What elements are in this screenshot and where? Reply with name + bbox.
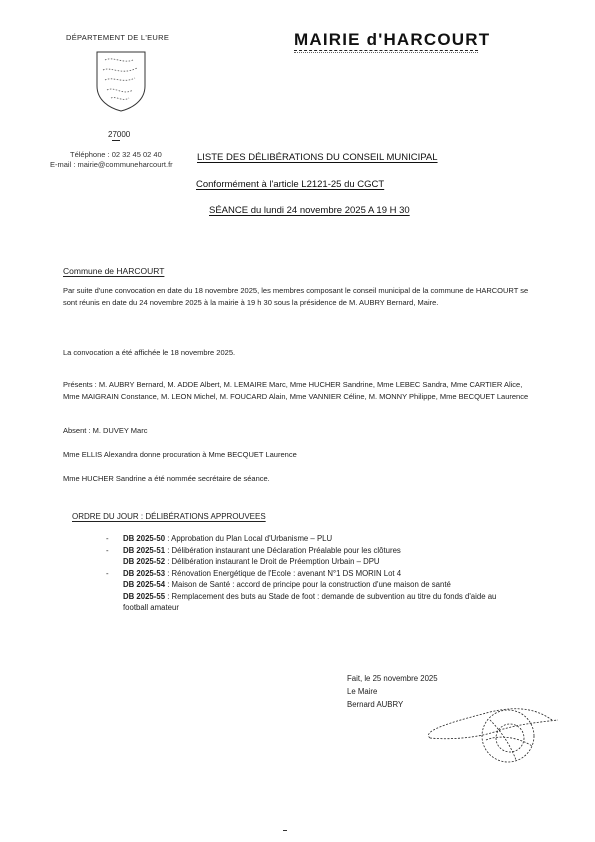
deliberation-title: : Approbation du Plan Local d'Urbanisme … bbox=[165, 534, 332, 543]
email-address: E-mail : mairie@communeharcourt.fr bbox=[50, 160, 173, 169]
deliberation-title: : Maison de Santé : accord de principe p… bbox=[165, 580, 451, 589]
title-rule-secondary bbox=[294, 52, 478, 53]
commune-heading: Commune de HARCOURT bbox=[63, 265, 164, 277]
handwritten-signature bbox=[420, 700, 560, 770]
deliberation-item: DB 2025-52 : Délibération instaurant le … bbox=[70, 556, 510, 568]
deliberation-item: -DB 2025-51 : Délibération instaurant un… bbox=[70, 545, 510, 557]
posting-notice: La convocation a été affichée le 18 nove… bbox=[63, 347, 235, 359]
agenda-heading: ORDRE DU JOUR : DÉLIBÉRATIONS APPROUVEES bbox=[72, 511, 266, 523]
deliberation-item: -DB 2025-50 : Approbation du Plan Local … bbox=[70, 533, 510, 545]
bullet-icon: - bbox=[106, 545, 109, 557]
deliberation-list: -DB 2025-50 : Approbation du Plan Local … bbox=[70, 533, 510, 614]
document-title: LISTE DES DÉLIBÉRATIONS DU CONSEIL MUNIC… bbox=[197, 152, 438, 163]
deliberation-code: DB 2025-55 bbox=[123, 592, 165, 601]
commune-heading-text: Commune de HARCOURT bbox=[63, 266, 164, 276]
deliberation-code: DB 2025-54 bbox=[123, 580, 165, 589]
postal-code: 27000 bbox=[108, 130, 130, 139]
legal-reference: Conformément à l'article L2121-25 du CGC… bbox=[196, 179, 384, 190]
deliberation-title: : Rénovation Energétique de l'Ecole : av… bbox=[165, 569, 401, 578]
deliberation-item: DB 2025-54 : Maison de Santé : accord de… bbox=[70, 579, 510, 591]
deliberation-item: DB 2025-55 : Remplacement des buts au St… bbox=[70, 591, 510, 614]
deliberation-title: : Délibération instaurant une Déclaratio… bbox=[165, 546, 401, 555]
bullet-icon: - bbox=[106, 533, 109, 545]
agenda-heading-text: ORDRE DU JOUR : DÉLIBÉRATIONS APPROUVEES bbox=[72, 512, 266, 521]
place-date: Fait, le 25 novembre 2025 bbox=[347, 672, 438, 685]
page-mark bbox=[283, 830, 287, 831]
deliberation-code: DB 2025-50 bbox=[123, 534, 165, 543]
mairie-title: MAIRIE d'HARCOURT bbox=[294, 30, 490, 50]
signatory-role: Le Maire bbox=[347, 685, 438, 698]
deliberation-code: DB 2025-53 bbox=[123, 569, 165, 578]
divider bbox=[112, 140, 120, 141]
deliberation-code: DB 2025-51 bbox=[123, 546, 165, 555]
deliberation-item: -DB 2025-53 : Rénovation Energétique de … bbox=[70, 568, 510, 580]
coat-of-arms-icon bbox=[93, 50, 149, 112]
absent-members: Absent : M. DUVEY Marc bbox=[63, 425, 147, 437]
phone-number: Téléphone : 02 32 45 02 40 bbox=[70, 150, 162, 159]
bullet-icon: - bbox=[106, 568, 109, 580]
proxy-notice: Mme ELLIS Alexandra donne procuration à … bbox=[63, 449, 297, 461]
legal-reference-text: Conformément à l'article L2121-25 du CGC… bbox=[196, 179, 384, 190]
department-label: DÉPARTEMENT DE L'EURE bbox=[66, 33, 169, 42]
session-date-text: SÉANCE du lundi 24 novembre 2025 A 19 H … bbox=[209, 205, 410, 216]
deliberation-title: : Délibération instaurant le Droit de Pr… bbox=[165, 557, 380, 566]
secretary-notice: Mme HUCHER Sandrine a été nommée secréta… bbox=[63, 473, 270, 485]
convocation-paragraph: Par suite d'une convocation en date du 1… bbox=[63, 285, 533, 309]
document-title-text: LISTE DES DÉLIBÉRATIONS DU CONSEIL MUNIC… bbox=[197, 152, 438, 163]
deliberation-code: DB 2025-52 bbox=[123, 557, 165, 566]
present-members: Présents : M. AUBRY Bernard, M. ADDE Alb… bbox=[63, 379, 533, 403]
deliberation-title: : Remplacement des buts au Stade de foot… bbox=[123, 592, 496, 613]
session-date: SÉANCE du lundi 24 novembre 2025 A 19 H … bbox=[209, 205, 410, 216]
